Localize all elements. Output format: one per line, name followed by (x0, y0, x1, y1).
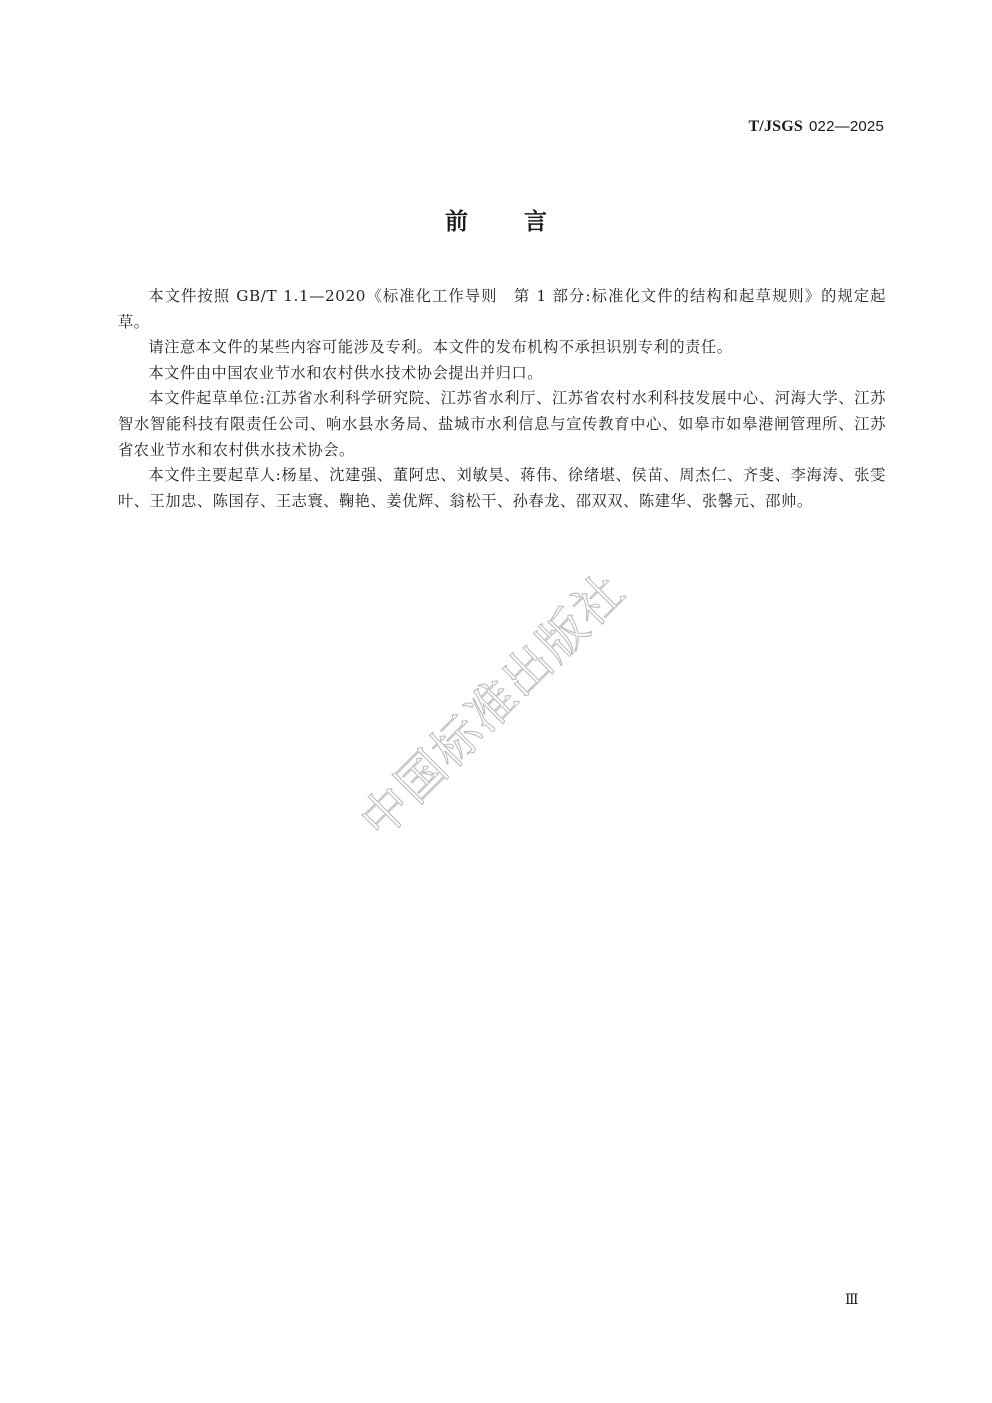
paragraph-patent-notice: 请注意本文件的某些内容可能涉及专利。本文件的发布机构不承担识别专利的责任。 (118, 335, 886, 361)
page-number: Ⅲ (845, 1292, 859, 1308)
paragraph-drafters: 本文件主要起草人:杨星、沈建强、董阿忠、刘敏昊、蒋伟、徐绪堪、侯苗、周杰仁、齐斐… (118, 463, 886, 514)
paragraph-proposer: 本文件由中国农业节水和农村供水技术协会提出并归口。 (118, 361, 886, 387)
document-code-number: 022—2025 (809, 118, 884, 135)
paragraph-drafting-units: 本文件起草单位:江苏省水利科学研究院、江苏省水利厅、江苏省农村水利科技发展中心、… (118, 386, 886, 463)
page-title-char-1: 前 (445, 209, 468, 235)
document-code: T/JSGS022—2025 (748, 117, 884, 136)
publisher-watermark: 中国标准出版社 (331, 544, 648, 861)
page-title: 前言 (0, 203, 992, 236)
paragraph-drafting-basis: 本文件按照 GB/T 1.1—2020《标准化工作导则 第 1 部分:标准化文件… (118, 284, 886, 335)
page-title-char-2: 言 (524, 209, 547, 235)
document-code-prefix: T/JSGS (748, 118, 803, 135)
foreword-body: 本文件按照 GB/T 1.1—2020《标准化工作导则 第 1 部分:标准化文件… (118, 284, 886, 514)
